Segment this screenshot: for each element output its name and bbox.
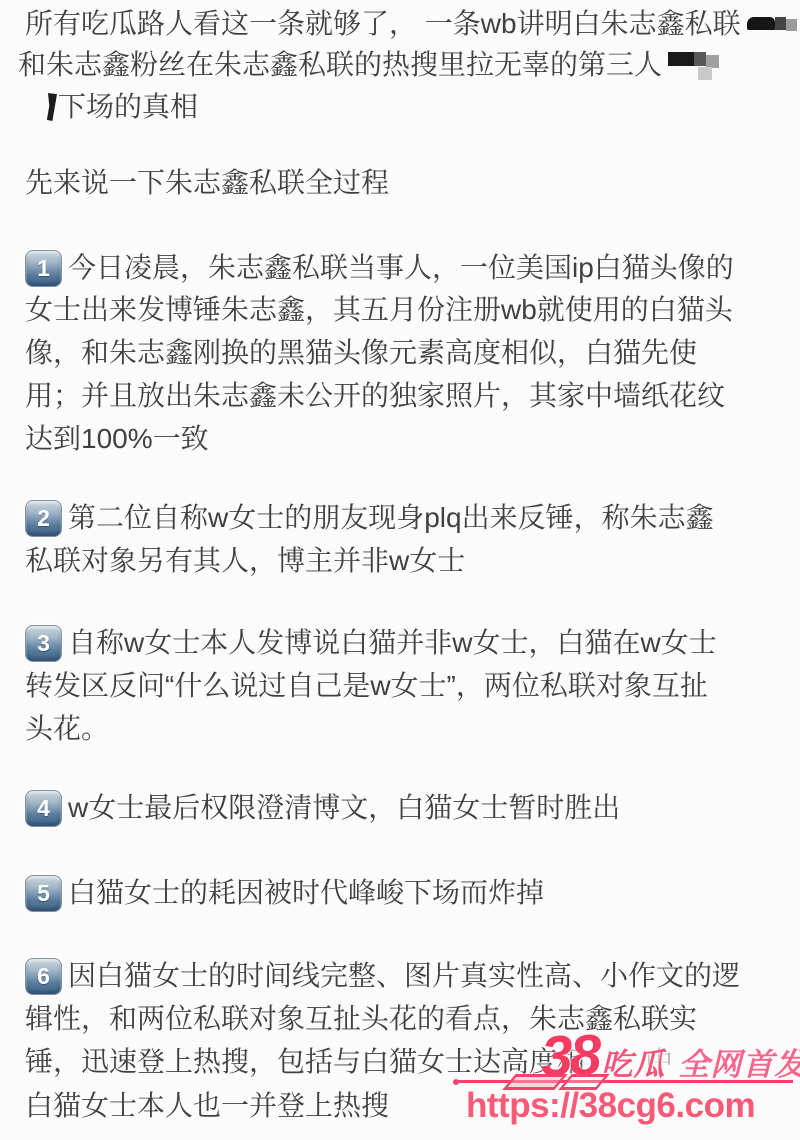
censor-mosaic-icon [747, 15, 797, 31]
item1-line-4: 用；并且放出朱志鑫未公开的独家照片，其家中墙纸花纹 [25, 376, 725, 416]
lead-sentence: 先来说一下朱志鑫私联全过程 [25, 163, 389, 203]
item1-line-2: 女士出来发博锤朱志鑫，其五月份注册wb就使用的白猫头 [25, 290, 733, 330]
gossip-post-screenshot: 所有吃瓜路人看这一条就够了， 一条wb讲明白朱志鑫私联 和朱志鑫粉丝在朱志鑫私联… [0, 0, 800, 1140]
item1-line-1: 今日凌晨，朱志鑫私联当事人，一位美国ip白猫头像的 [68, 248, 734, 288]
item-badge-3: 3 [25, 625, 62, 662]
item1-line-5: 达到100%一致 [25, 419, 209, 459]
item-badge-6: 6 [25, 958, 62, 995]
mosaic-cell [775, 17, 786, 30]
mosaic-cell [698, 67, 712, 80]
intro-line-1-text: 所有吃瓜路人看这一条就够了， 一条wb讲明白朱志鑫私联 [25, 8, 741, 39]
item3-line-2: 转发区反问“什么说过自己是w女士”，两位私联对象互扯 [25, 666, 708, 706]
censor-wedge-icon [46, 93, 57, 121]
item6-line-1: 因白猫女士的时间线完整、图片真实性高、小作文的逻 [68, 956, 740, 996]
mosaic-cell [694, 52, 706, 66]
watermark-url: https://38cg6.com [466, 1086, 755, 1126]
item5-line-1: 白猫女士的耗因被时代峰峻下场而炸掉 [68, 873, 544, 913]
intro-line-2-text: 和朱志鑫粉丝在朱志鑫私联的热搜里拉无辜的第三人 [18, 49, 662, 80]
item-badge-5: 5 [25, 875, 62, 912]
intro-line-3: 下场的真相 [58, 87, 198, 127]
item1-line-3: 像，和朱志鑫刚换的黑猫头像元素高度相似，白猫先使 [25, 333, 697, 373]
item-badge-1: 1 [25, 250, 62, 287]
item3-line-3: 头花。 [25, 709, 109, 749]
item2-line-1: 第二位自称w女士的朋友现身plq出来反锤，称朱志鑫 [68, 498, 714, 538]
item-badge-2: 2 [25, 500, 62, 537]
intro-line-2: 和朱志鑫粉丝在朱志鑫私联的热搜里拉无辜的第三人 [18, 45, 720, 85]
intro-line-1: 所有吃瓜路人看这一条就够了， 一条wb讲明白朱志鑫私联 [25, 4, 797, 44]
item3-line-1: 自称w女士本人发博说白猫并非w女士，白猫在w女士 [68, 623, 717, 663]
mosaic-cell [668, 52, 694, 66]
item2-line-2: 私联对象另有其人，博主并非w女士 [25, 541, 465, 581]
censor-mosaic-icon [668, 52, 720, 82]
mosaic-cell [786, 19, 797, 31]
mosaic-cell [747, 17, 775, 30]
item-badge-4: 4 [25, 790, 62, 827]
item6-line-4: 白猫女士本人也一并登上热搜 [25, 1086, 389, 1126]
item4-line-1: w女士最后权限澄清博文，白猫女士暂时胜出 [68, 788, 620, 828]
